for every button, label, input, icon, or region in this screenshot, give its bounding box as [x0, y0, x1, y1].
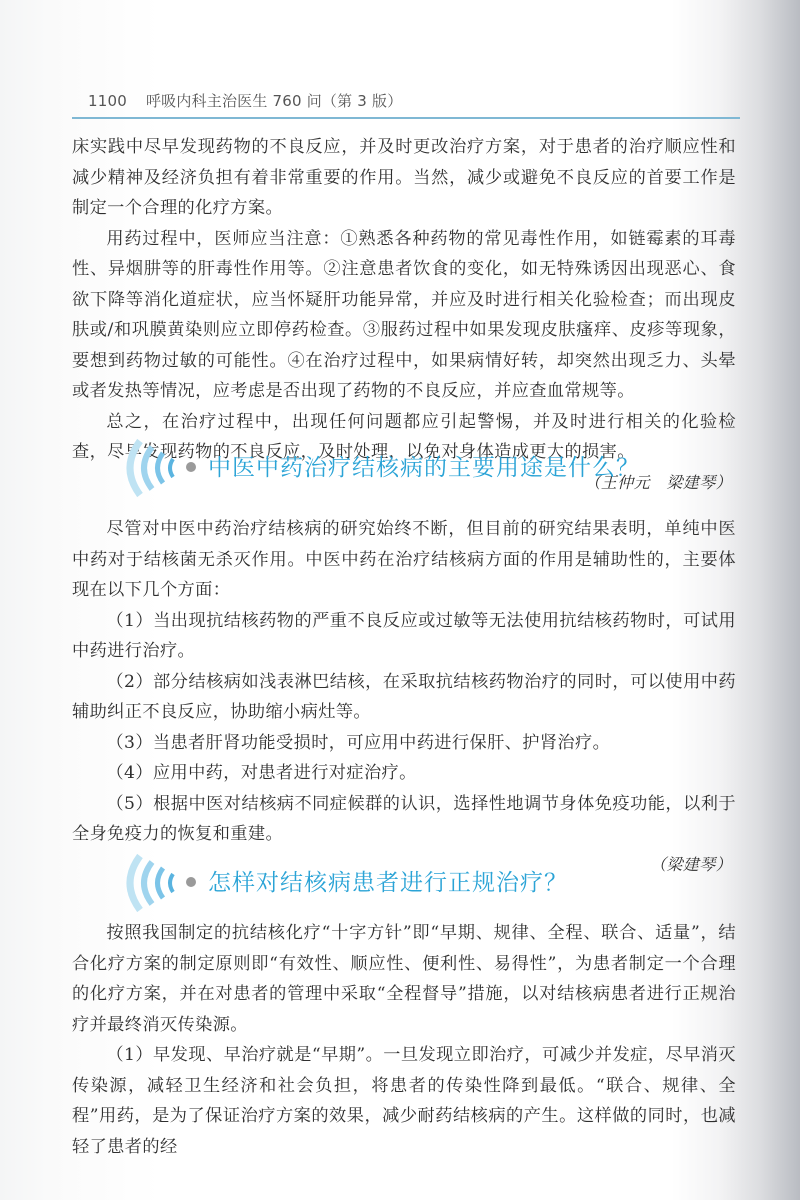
question-heading: 中医中药治疗结核病的主要用途是什么？ [110, 433, 750, 503]
question-heading: 怎样对结核病患者进行正规治疗？ [110, 848, 750, 918]
list-item: （1）当出现抗结核药物的严重不良反应或过敏等无法使用抗结核药物时，可试用中药进行… [72, 606, 736, 667]
list-item: （3）当患者肝肾功能受损时，可应用中药进行保肝、护肾治疗。 [72, 728, 736, 759]
header-divider [72, 117, 740, 119]
question-title: 怎样对结核病患者进行正规治疗？ [208, 864, 568, 897]
signal-waves-icon [110, 848, 180, 918]
paragraph: 用药过程中，医师应当注意：①熟悉各种药物的常见毒性作用，如链霉素的耳毒性、异烟肼… [72, 224, 736, 407]
question-answer: 按照我国制定的抗结核化疗“十字方针”即“早期、规律、全程、联合、适量”，结合化疗… [72, 918, 736, 1162]
paragraph: 尽管对中医中药治疗结核病的研究始终不断，但目前的研究结果表明，单纯中医中药对于结… [72, 514, 736, 606]
list-item: （5）根据中医对结核病不同症候群的认识，选择性地调节身体免疫功能，以利于全身免疫… [72, 789, 736, 850]
bullet-dot [186, 462, 196, 472]
question-answer: 尽管对中医中药治疗结核病的研究始终不断，但目前的研究结果表明，单纯中医中药对于结… [72, 514, 736, 880]
list-item: （1）早发现、早治疗就是“早期”。一旦发现立即治疗，可减少并发症，尽早消灭传染源… [72, 1040, 736, 1162]
book-title: 呼吸内科主治医生 760 问（第 3 版） [146, 92, 402, 110]
page-number: 1100 [88, 92, 127, 110]
running-header: 1100 呼吸内科主治医生 760 问（第 3 版） [88, 90, 402, 111]
paragraph: 床实践中尽早发现药物的不良反应，并及时更改治疗方案，对于患者的治疗顺应性和减少精… [72, 132, 736, 224]
bullet-dot [186, 877, 196, 887]
list-item: （4）应用中药，对患者进行对症治疗。 [72, 758, 736, 789]
question-title: 中医中药治疗结核病的主要用途是什么？ [208, 449, 640, 482]
signal-waves-icon [110, 433, 180, 503]
list-item: （2）部分结核病如浅表淋巴结核，在采取抗结核药物治疗的同时，可以使用中药辅助纠正… [72, 667, 736, 728]
book-page: 1100 呼吸内科主治医生 760 问（第 3 版） 床实践中尽早发现药物的不良… [0, 0, 800, 1200]
paragraph: 按照我国制定的抗结核化疗“十字方针”即“早期、规律、全程、联合、适量”，结合化疗… [72, 918, 736, 1040]
